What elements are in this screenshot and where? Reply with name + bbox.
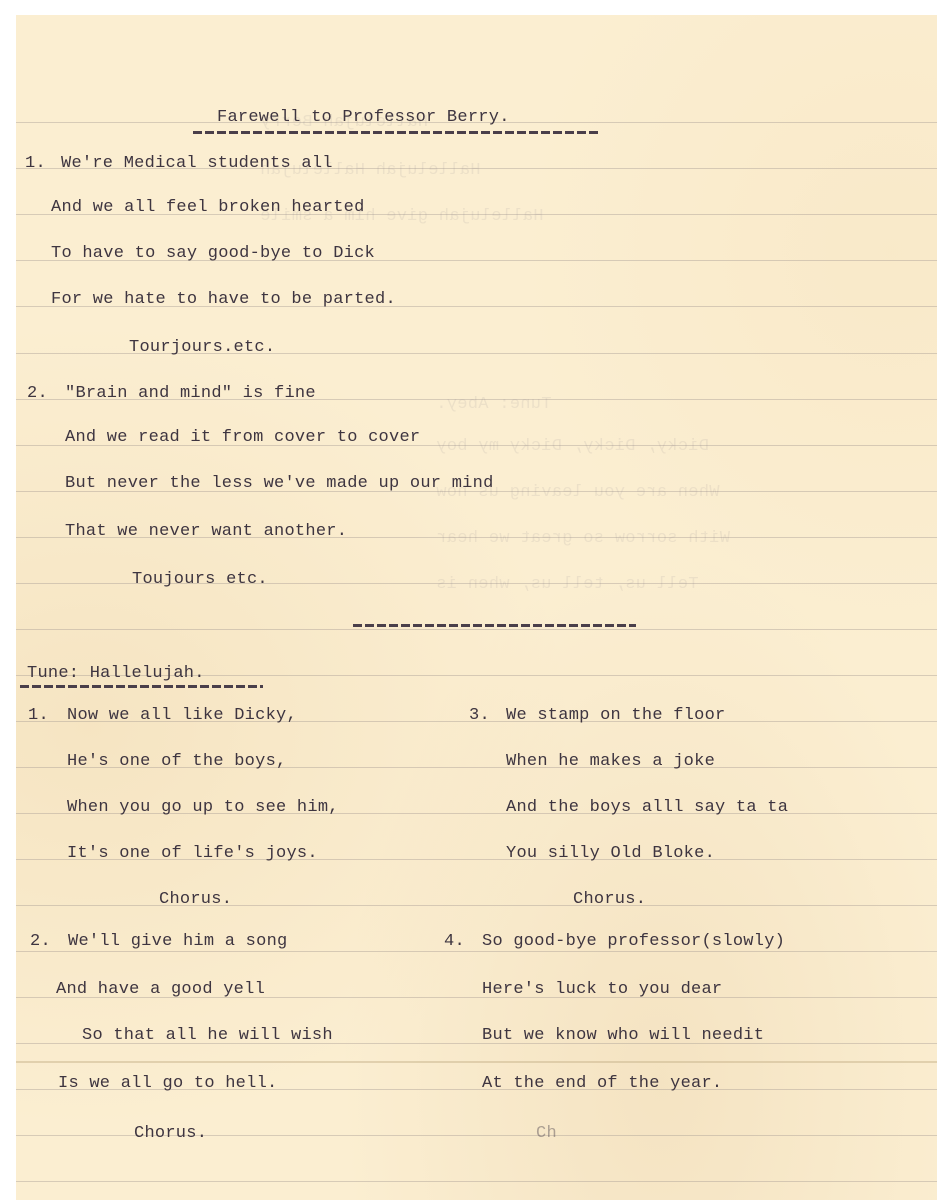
verse-line: But never the less we've made up our min… [65, 474, 494, 494]
verse-number: 2. [27, 384, 48, 404]
verse-line: He's one of the boys, [67, 752, 287, 772]
section-separator [353, 624, 636, 627]
ruled-line [16, 629, 937, 630]
verse-line: For we hate to have to be parted. [51, 290, 396, 310]
refrain: Chorus. [159, 890, 232, 910]
verse-line: But we know who will needit [482, 1026, 764, 1046]
verse-line: When he makes a joke [506, 752, 715, 772]
verse-line: It's one of life's joys. [67, 844, 318, 864]
typewritten-page: Hallelujah Berry Hallelujah Hallelujah H… [16, 15, 937, 1200]
verse-line: We stamp on the floor [506, 706, 726, 726]
verse-line: And have a good yell [56, 980, 265, 1000]
verse-line: And we all feel broken hearted [51, 198, 365, 218]
verse-line: Here's luck to you dear [482, 980, 722, 1000]
refrain: Chorus. [134, 1124, 207, 1144]
ruled-line [16, 1181, 937, 1182]
verse-line: To have to say good-bye to Dick [51, 244, 375, 264]
tune-underline [20, 685, 263, 688]
refrain: Tourjours.etc. [129, 338, 275, 358]
refrain: Chorus. [573, 890, 646, 910]
verse-line: When you go up to see him, [67, 798, 339, 818]
verse-line: So that all he will wish [82, 1026, 333, 1046]
verse-number: 4. [444, 932, 465, 952]
show-through-text: Tell us, tell us, when is [436, 575, 741, 594]
verse-line: And the boys alll say ta ta [506, 798, 788, 818]
paper-fold-crease [16, 1061, 937, 1063]
verse-line: You silly Old Bloke. [506, 844, 715, 864]
title-underline [193, 131, 600, 134]
verse-number: 1. [25, 154, 46, 174]
show-through-text: Tune: Abey. [436, 395, 751, 414]
verse-line: Is we all go to hell. [58, 1074, 278, 1094]
show-through-text: With sorrow so great we hear [436, 529, 751, 548]
tune-label: Tune: Hallelujah. [27, 664, 205, 684]
verse-line: And we read it from cover to cover [65, 428, 420, 448]
verse-line: So good-bye professor(slowly) [482, 932, 785, 952]
verse-line: Now we all like Dicky, [67, 706, 297, 726]
verse-line: At the end of the year. [482, 1074, 722, 1094]
verse-line: We'll give him a song [68, 932, 288, 952]
document-title: Farewell to Professor Berry. [217, 108, 510, 128]
verse-number: 1. [28, 706, 49, 726]
refrain: Toujours etc. [132, 570, 268, 590]
refrain-partial: Ch [536, 1124, 557, 1144]
verse-number: 2. [30, 932, 51, 952]
verse-number: 3. [469, 706, 490, 726]
verse-line: That we never want another. [65, 522, 347, 542]
show-through-text: Dicky, Dicky, Dicky my boy [436, 437, 762, 456]
verse-line: "Brain and mind" is fine [65, 384, 316, 404]
ruled-line [16, 905, 937, 906]
verse-line: We're Medical students all [61, 154, 333, 174]
